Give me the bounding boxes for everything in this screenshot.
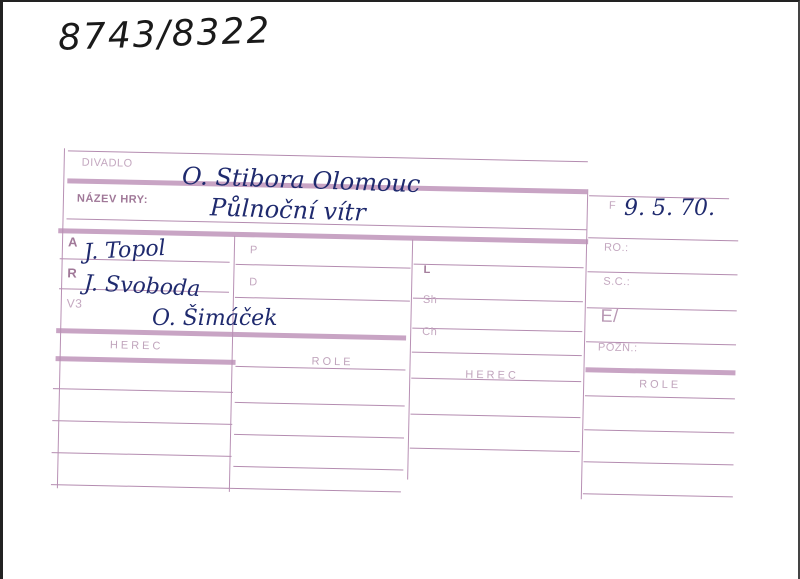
rule [235, 402, 405, 407]
label-a: A [68, 234, 78, 249]
rule [584, 429, 734, 433]
header-role-2: ROLE [639, 378, 681, 391]
rule [410, 414, 580, 419]
rule [236, 264, 411, 269]
rule [584, 461, 734, 465]
label-theatre: DIVADLO [82, 157, 133, 170]
rule [53, 388, 233, 393]
play-title-value: Půlnoční vítr [210, 193, 367, 226]
designer-value: O. Šimáček [152, 306, 278, 331]
rule [585, 395, 735, 399]
rule [583, 493, 733, 497]
rule [68, 150, 588, 162]
rule [52, 452, 232, 457]
label-p: P [250, 244, 258, 256]
rule [56, 356, 236, 365]
label-v: V3 [67, 296, 83, 310]
rule [51, 484, 401, 492]
label-l: L [423, 264, 430, 276]
author-value: J. Topol [83, 236, 166, 265]
rule [234, 434, 404, 439]
rule [412, 352, 582, 357]
rule [233, 466, 403, 471]
label-sh: Sh [423, 294, 438, 306]
label-ch: Ch [422, 326, 437, 338]
label-date: F [609, 200, 616, 212]
label-pozn: POZN.: [598, 342, 638, 355]
rule [407, 240, 413, 480]
header-actor-2: HEREC [465, 369, 519, 382]
rule [52, 420, 232, 425]
rule [57, 148, 65, 488]
label-sc: S.C.: [603, 276, 630, 289]
archive-number: 8743/8322 [57, 10, 272, 58]
rule [412, 328, 582, 333]
date-value: 9. 5. 70. [624, 196, 715, 221]
rule [413, 298, 583, 303]
rule [410, 448, 580, 453]
label-d: D [249, 276, 258, 288]
label-play-title: NÁZEV HRY: [77, 193, 148, 206]
label-e: E/ [600, 306, 618, 327]
rule [585, 367, 735, 375]
label-r: R [67, 265, 77, 280]
rule [235, 297, 410, 302]
label-ro: RO.: [604, 242, 629, 255]
header-actor-1: HEREC [110, 339, 164, 352]
rule [581, 189, 588, 499]
rule [414, 264, 584, 269]
header-role-1: ROLE [311, 356, 353, 369]
